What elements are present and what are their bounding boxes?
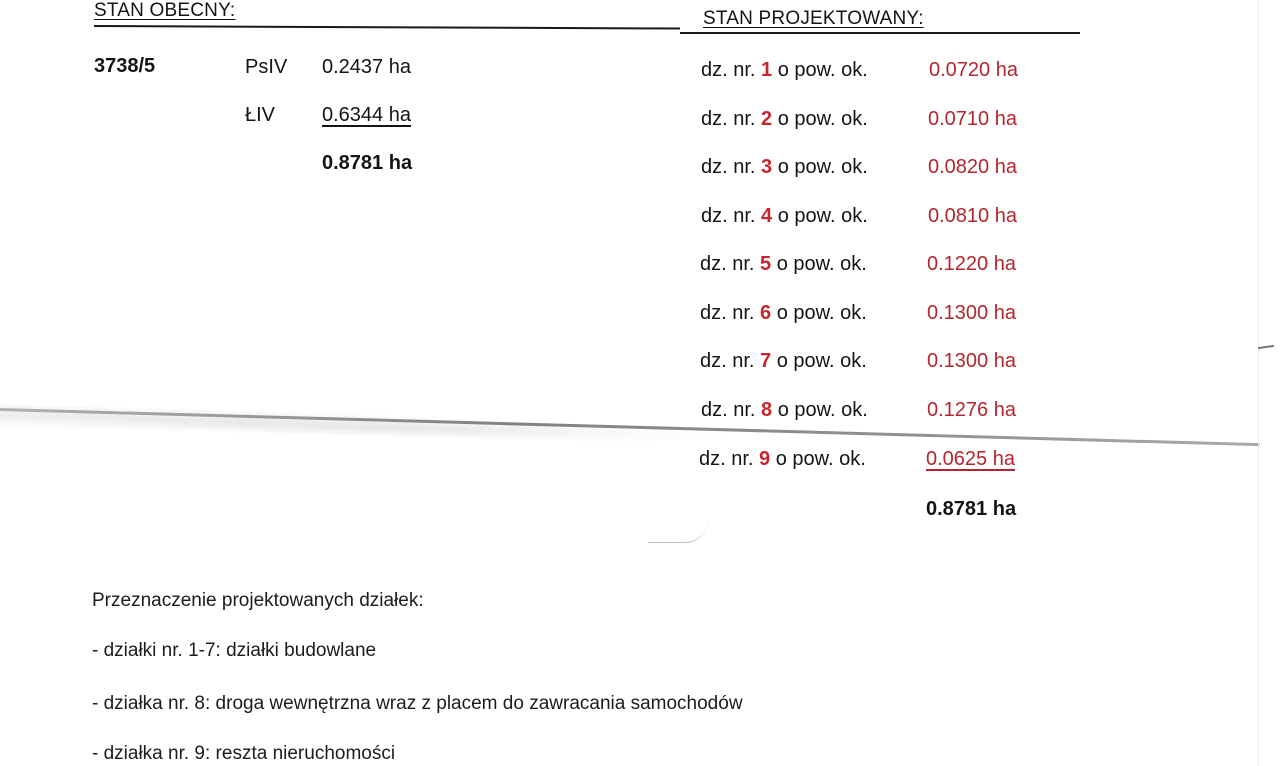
parcel-area: 0.1300 ha [927,350,1016,373]
paper-edge [1258,0,1259,766]
parcel-label-suffix: o pow. ok. [777,302,867,324]
parcel-label-suffix: o pow. ok. [777,350,867,372]
paper-curl-mark [648,520,708,543]
parcel-label-suffix: o pow. ok. [778,59,868,81]
parcel-label-suffix: o pow. ok. [778,156,868,178]
land-class: PsIV [245,56,287,79]
parcel-label-suffix: o pow. ok. [777,253,867,275]
current-total-area: 0.8781 ha [322,152,412,175]
parcel-label-prefix: dz. nr. [701,108,755,130]
parcel-area: 0.0625 ha [926,448,1015,471]
parcel-row: dz. nr. 7 o pow. ok. [700,350,867,373]
parcel-label-suffix: o pow. ok. [778,399,868,421]
scanned-document: STAN OBECNY: 3738/5 PsIV 0.2437 ha ŁIV 0… [0,0,1280,766]
parcel-label-prefix: dz. nr. [700,350,754,372]
parcel-number: 2 [761,108,772,130]
parcel-number: 6 [760,302,771,324]
parcel-row: dz. nr. 8 o pow. ok. [701,399,868,422]
parcel-number: 3 [761,156,772,178]
projected-total-area: 0.8781 ha [926,498,1016,521]
parcel-label-suffix: o pow. ok. [778,205,868,227]
parcel-area: 0.1300 ha [927,302,1016,325]
parcel-label-prefix: dz. nr. [700,302,754,324]
parcel-number: 8 [761,399,772,421]
parcel-area: 0.1276 ha [927,399,1016,422]
parcel-row: dz. nr. 5 o pow. ok. [700,253,867,276]
heading-rule [94,25,680,30]
current-state-heading: STAN OBECNY: [94,0,235,22]
parcel-row: dz. nr. 9 o pow. ok. [699,448,866,471]
purpose-title: Przeznaczenie projektowanych działek: [92,590,424,612]
parcel-label-suffix: o pow. ok. [776,448,866,470]
parcel-number: 4 [761,205,772,227]
heading-rule [680,32,1080,34]
land-class: ŁIV [245,104,275,127]
parcel-row: dz. nr. 2 o pow. ok. [701,108,868,131]
parcel-row: dz. nr. 4 o pow. ok. [701,205,868,228]
projected-state-heading: STAN PROJEKTOWANY: [703,8,924,30]
parcel-row: dz. nr. 3 o pow. ok. [701,156,868,179]
parcel-row: dz. nr. 1 o pow. ok. [701,59,868,82]
purpose-item: - działki nr. 1-7: działki budowlane [92,640,376,662]
land-class-area: 0.6344 ha [322,104,411,127]
land-class-area: 0.2437 ha [322,56,411,79]
parcel-number: 9 [759,448,770,470]
parcel-number: 7 [760,350,771,372]
parcel-label-prefix: dz. nr. [701,399,755,421]
parcel-area: 0.0820 ha [928,156,1017,179]
purpose-item: - działka nr. 8: droga wewnętrzna wraz z… [92,693,743,715]
purpose-item: - działka nr. 9: reszta nieruchomości [92,743,395,765]
parcel-id: 3738/5 [94,55,155,78]
parcel-label-suffix: o pow. ok. [778,108,868,130]
parcel-row: dz. nr. 6 o pow. ok. [700,302,867,325]
parcel-label-prefix: dz. nr. [701,205,755,227]
parcel-area: 0.0720 ha [929,59,1018,82]
parcel-label-prefix: dz. nr. [699,448,753,470]
parcel-area: 0.0710 ha [928,108,1017,131]
parcel-number: 1 [761,59,772,81]
parcel-label-prefix: dz. nr. [700,253,754,275]
paper-edge-mark [1258,345,1274,349]
parcel-area: 0.1220 ha [927,253,1016,276]
parcel-label-prefix: dz. nr. [701,59,755,81]
parcel-area: 0.0810 ha [928,205,1017,228]
parcel-number: 5 [760,253,771,275]
parcel-label-prefix: dz. nr. [701,156,755,178]
